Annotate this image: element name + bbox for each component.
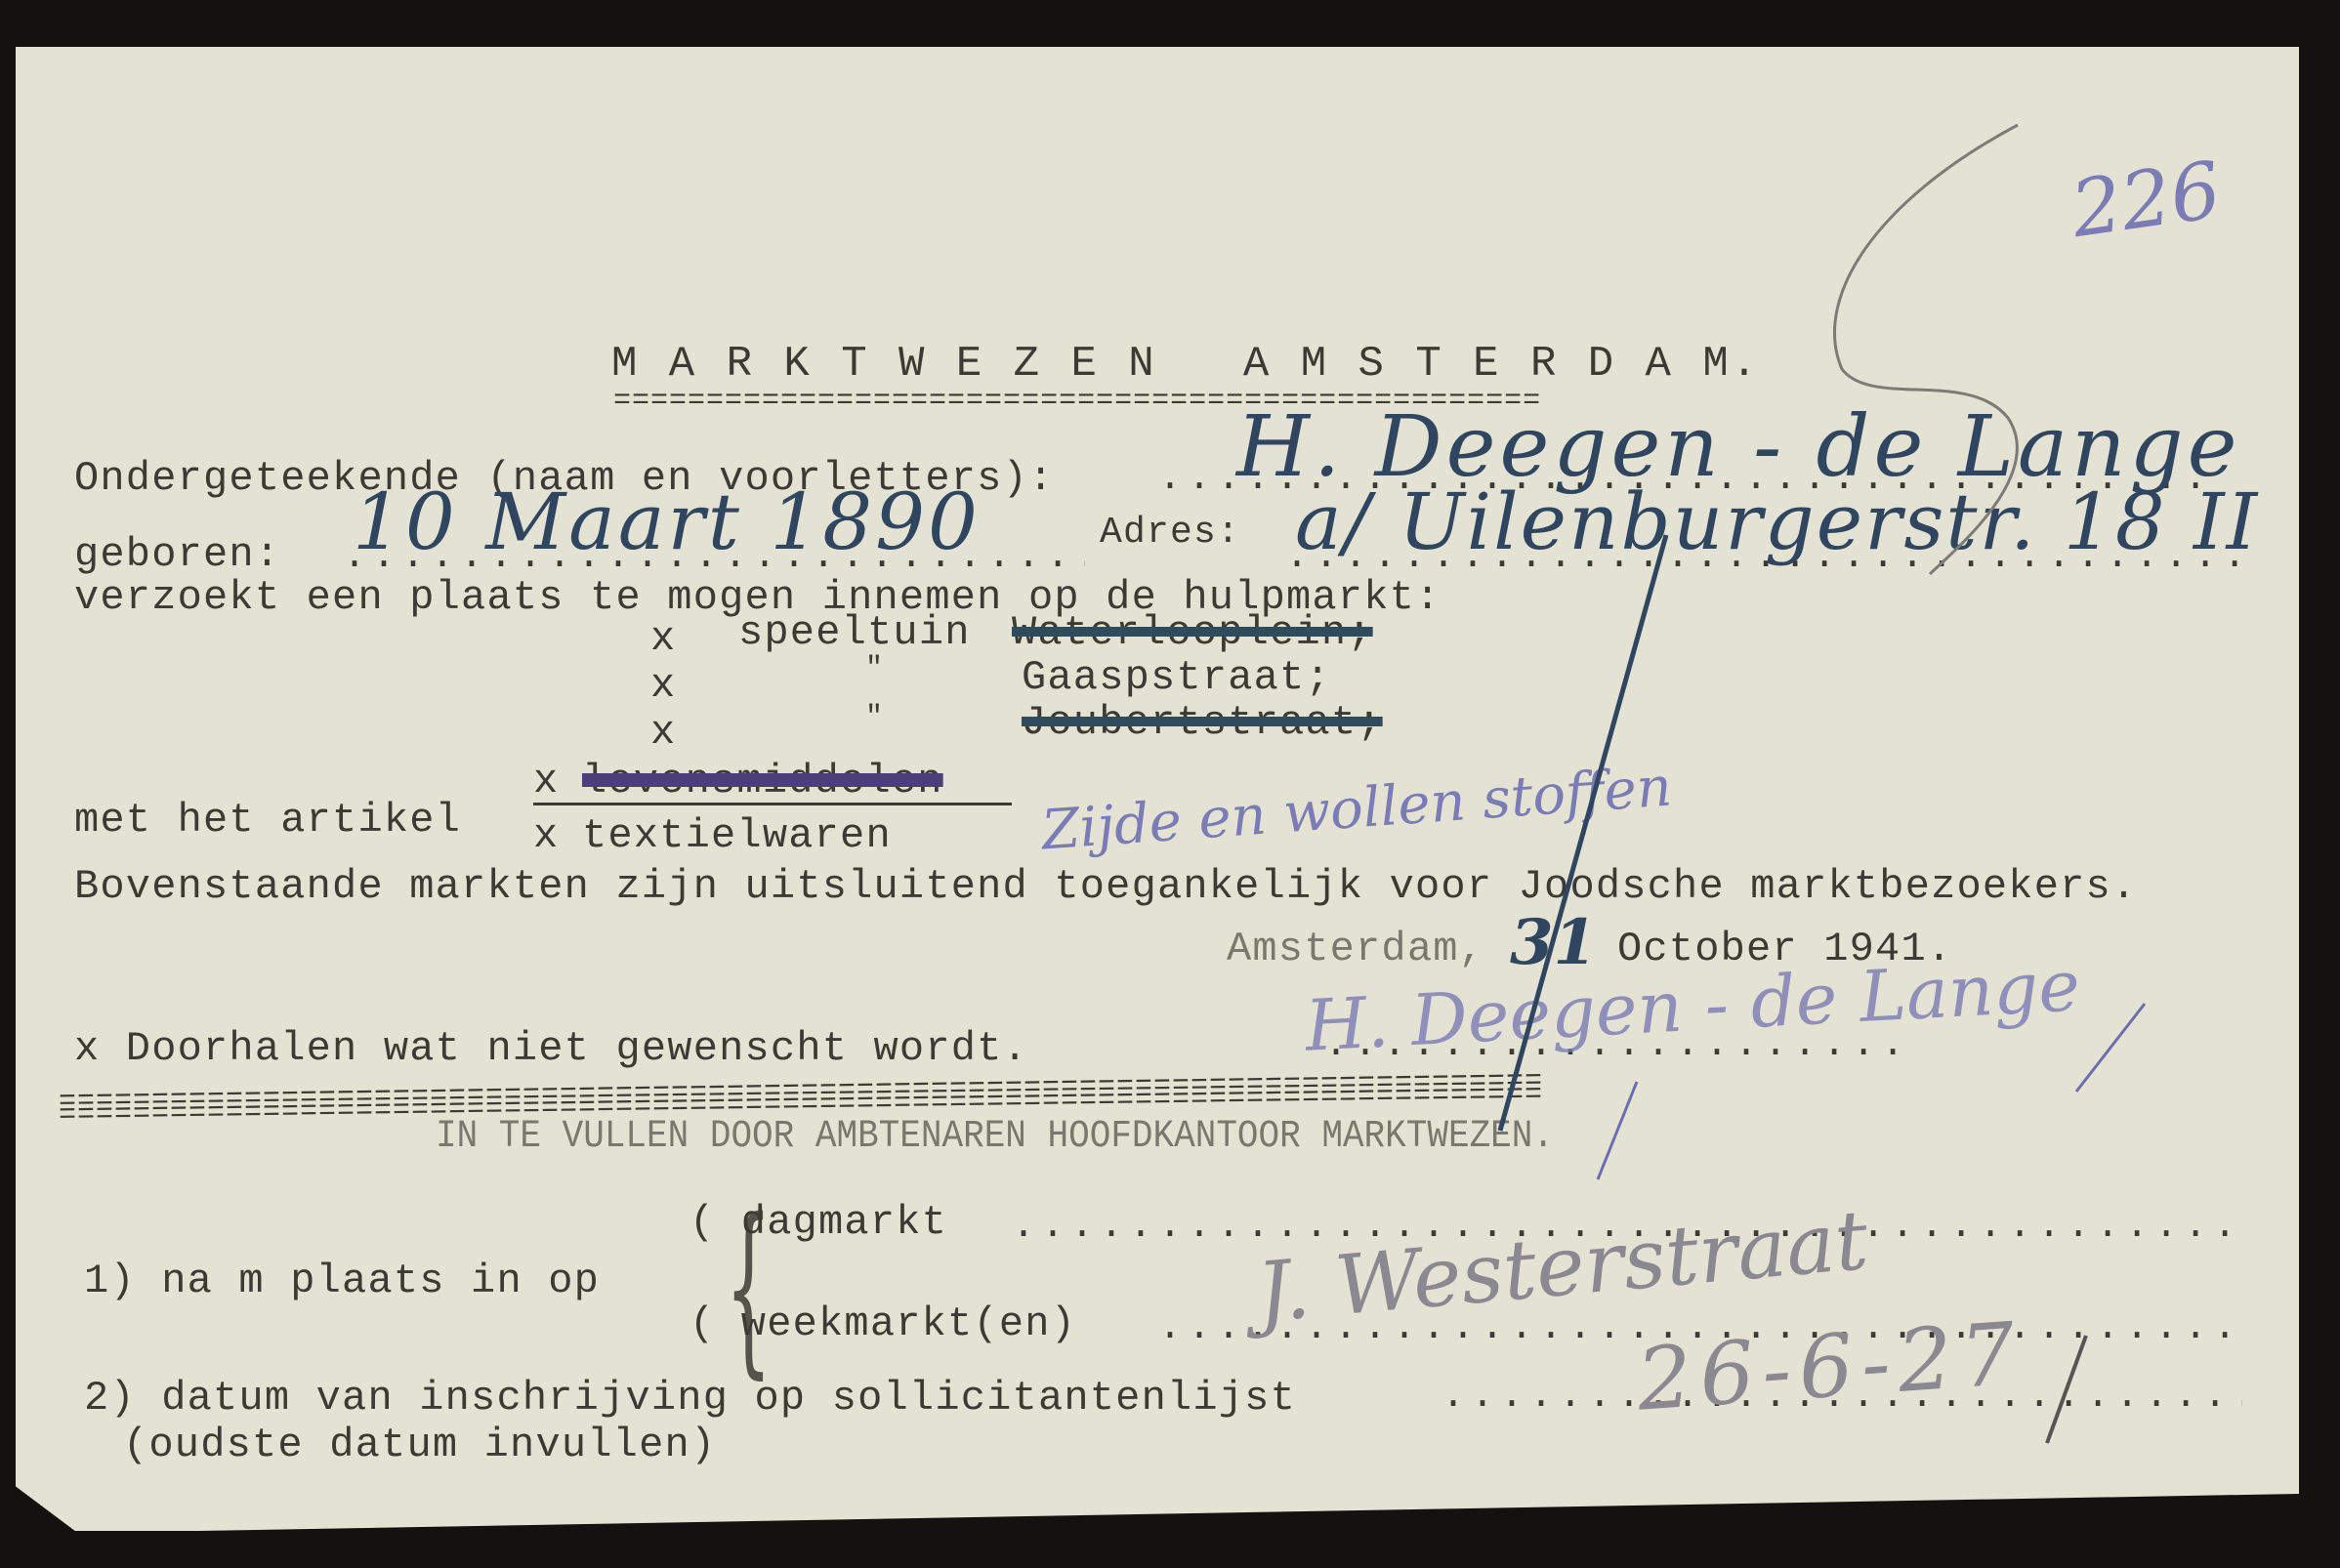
item1-option-dagmarkt: ( dagmarkt [689,1199,947,1246]
item2-label: 2) datum van inschrijving op sollicitant… [84,1375,1296,1422]
market-prefix-ditto: " [865,701,884,734]
date-day: 31 [1510,906,1597,979]
born-value: 10 Maart 1890 [353,476,981,567]
document-header: M A R K T W E Z E N A M S T E R D A M. [611,340,1760,389]
market-mark: x [650,615,676,662]
article-levensmiddelen: levensmiddelen [582,758,943,805]
market-name-joubertstraat: Joubertstraat; [1022,699,1383,746]
document-paper: M A R K T W E Z E N A M S T E R D A M. =… [16,47,2299,1531]
article-label: met het artikel [74,797,461,844]
place-label: Amsterdam, [1227,926,1484,972]
article-handwritten-note: Zijde en wollen stoffen [1040,756,1674,863]
notice-text: Bovenstaande markten zijn uitsluitend to… [74,863,2137,910]
market-prefix-ditto: " [865,652,884,685]
footnote-text: x Doorhalen wat niet gewenscht wordt. [74,1025,1028,1072]
official-title: IN TE VULLEN DOOR AMBTENAREN HOOFDKANTOO… [436,1115,1554,1159]
born-label: geboren: [74,531,280,578]
market-mark: x [650,709,676,756]
article-mark: x [533,758,559,805]
item2-sub: (oudste datum invullen) [123,1422,716,1468]
article-mark: x [533,812,559,859]
item1-label: 1) na m plaats in op [84,1258,600,1304]
article-divider [533,803,1012,805]
article-textielwaren: textielwaren [582,812,892,859]
market-name-waterlooplein: Waterlooplein; [1012,609,1373,656]
address-label: Adres: [1100,512,1240,554]
archive-number: 226 [2066,144,2226,255]
market-mark: x [650,662,676,709]
market-name-gaaspstraat: Gaaspstraat; [1022,654,1331,701]
market-prefix: speeltuin [738,609,971,656]
item1-option-weekmarkt: ( weekmarkt(en) [689,1300,1076,1347]
address-value: a/ Uilenburgerstr. 18 II [1295,476,2259,567]
